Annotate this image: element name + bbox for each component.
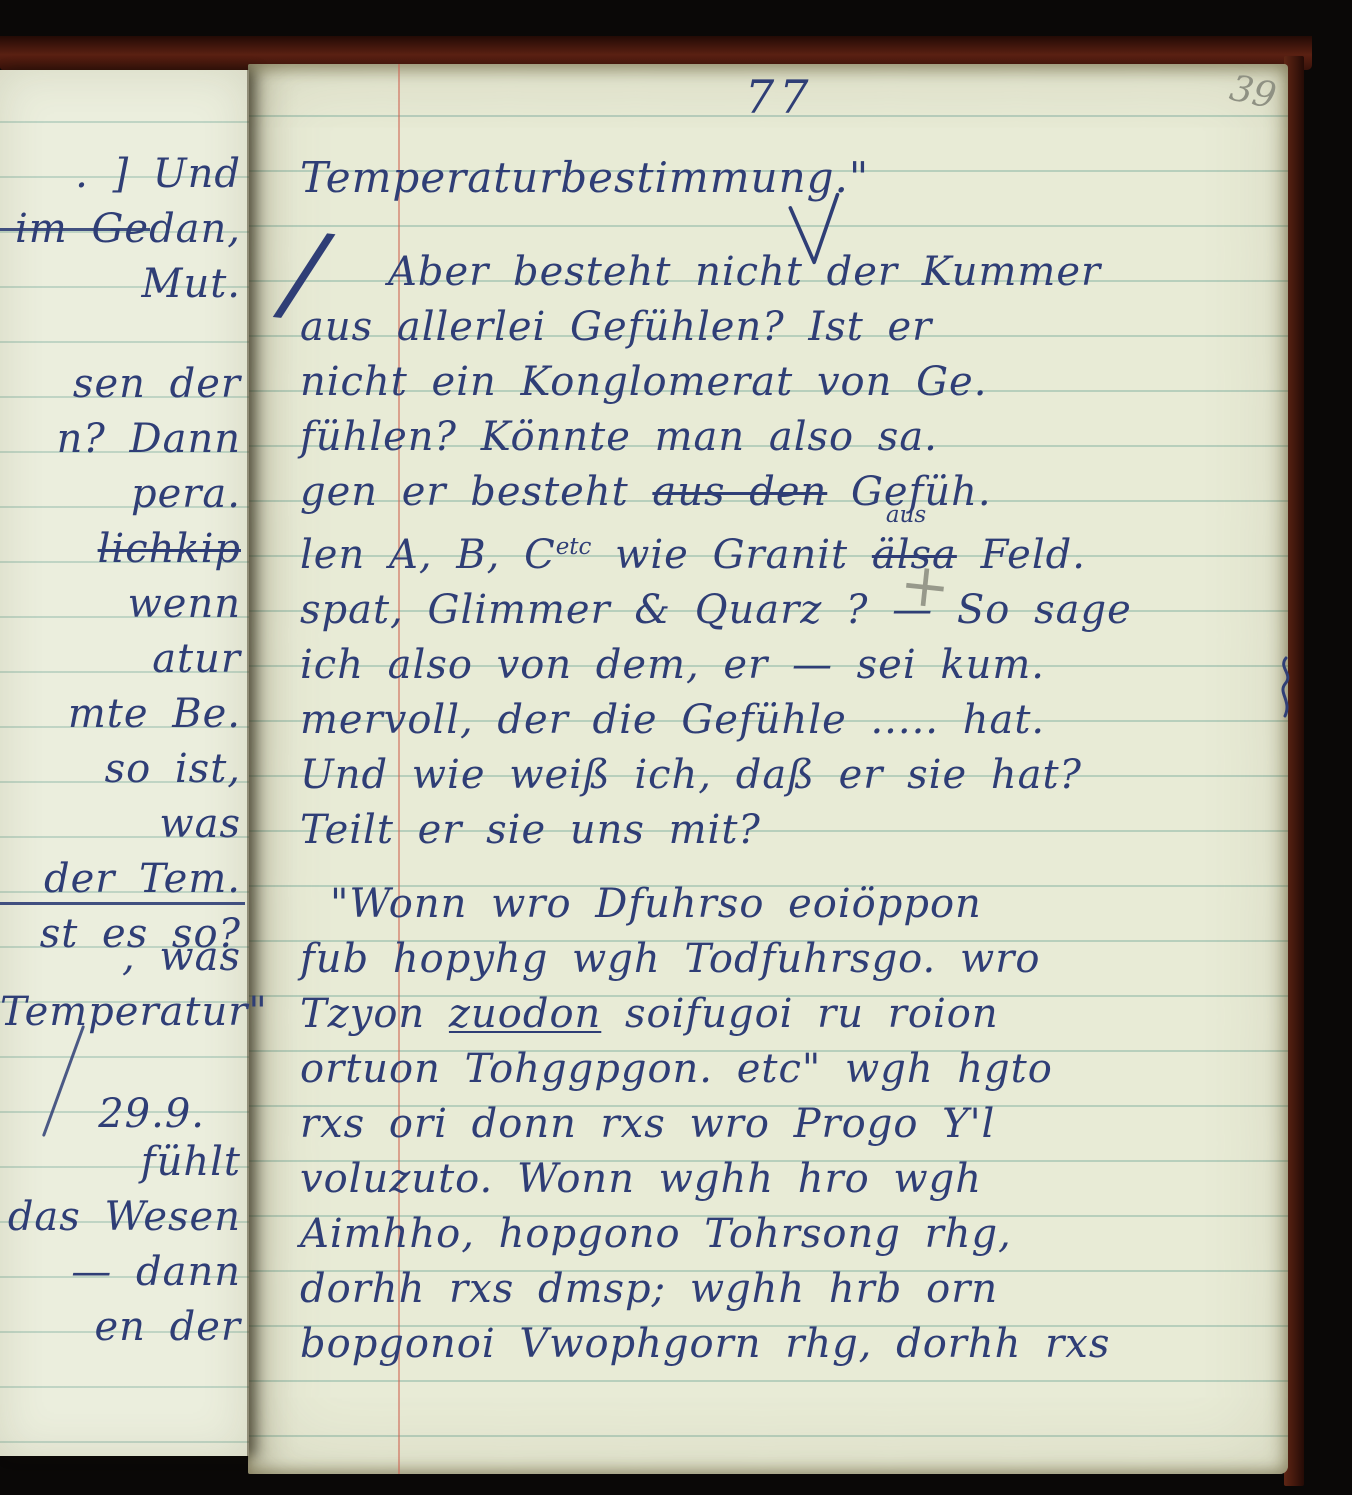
handwriting-line: rxs ori donn rxs wro Progo Y'l — [300, 1097, 1110, 1152]
handwriting-line: dorhh rxs dmsp; wghh hrb orn — [300, 1262, 1110, 1317]
handwriting-line: atur — [0, 632, 241, 687]
underlined-segment: zuodon — [449, 991, 601, 1037]
handwriting-line: was — [0, 797, 241, 852]
handwriting-line: fub hopyhg wgh Todfuhrsgo. wro — [300, 932, 1110, 987]
handwriting-line: im Gedan, — [0, 202, 241, 257]
handwriting-line: — dann — [0, 1245, 241, 1300]
handwriting-line: der Tem. — [0, 852, 241, 907]
line-segment: Feld. — [957, 532, 1086, 578]
line-segment: Tzyon — [300, 991, 449, 1037]
paragraph-german: Aber besteht nicht der Kummer aus allerl… — [300, 245, 1132, 858]
page-number: 77 — [745, 70, 814, 125]
handwriting-line: bopgonoi Vwophgorn rhg, dorhh rxs — [300, 1317, 1110, 1372]
handwriting-line: lichkip — [0, 522, 241, 577]
line-segment: wie Granit — [591, 532, 871, 578]
line-segment: gen er besteht — [300, 469, 652, 515]
handwriting-line: aus allerlei Gefühlen? Ist er — [300, 300, 1132, 355]
fragment-text-group: sen der n? Dann pera. lichkip wenn atur … — [0, 357, 241, 962]
handwriting-line: spat, Glimmer & Quarz ? — So sage — [300, 583, 1132, 638]
handwriting-line: en der — [0, 1300, 241, 1355]
handwriting-line: Tzyon zuodon soifugoi ru roion — [300, 987, 1110, 1042]
struck-segment: aus den — [652, 469, 827, 515]
underlined-segment: der Tem. — [44, 852, 241, 907]
handwriting-line: das Wesen — [0, 1190, 241, 1245]
fragment-text-group: , was Temperatur" — [0, 930, 241, 1040]
handwriting-line: . ] Und — [0, 147, 241, 202]
handwriting-line: , was — [0, 930, 241, 985]
handwriting-line: voluzuto. Wonn wghh hro wgh — [300, 1152, 1110, 1207]
handwriting-line: mervoll, der die Gefühle ..... hat. — [300, 693, 1132, 748]
handwriting-line: wenn — [0, 577, 241, 632]
pencil-plus-mark: + — [897, 554, 953, 619]
line-segment: soifugoi ru roion — [601, 991, 998, 1037]
handwriting-title-line: Temperaturbestimmung." — [300, 150, 869, 205]
margin-ink-mark — [1276, 656, 1296, 720]
superscript-etc: etc — [556, 534, 592, 560]
handwriting-line: pera. — [0, 467, 241, 522]
date-line: 29.9. — [0, 1087, 241, 1142]
paragraph-coded: "Wonn wro Dfuhrso eoiöppon fub hopyhg wg… — [300, 877, 1110, 1372]
handwriting-line: sen der — [0, 357, 241, 412]
handwriting-line: Temperatur" — [0, 985, 241, 1040]
handwriting-line: ortuon Tohggpgon. etc" wgh hgto — [300, 1042, 1110, 1097]
handwriting-line: n? Dann — [0, 412, 241, 467]
handwriting-line: mte Be. — [0, 687, 241, 742]
notebook-page: 77 39 Temperaturbestimmung." / Aber best… — [248, 64, 1288, 1474]
handwriting-line: so ist, — [0, 742, 241, 797]
struck-segment: lichkip — [98, 526, 241, 572]
handwriting-line: Aber besteht nicht der Kummer — [300, 245, 1132, 300]
handwriting-line: Aimhho, hopgono Tohrsong rhg, — [300, 1207, 1110, 1262]
handwriting-line: Und wie weiß ich, daß er sie hat? — [300, 748, 1132, 803]
handwriting-line: Mut. — [0, 257, 241, 312]
handwriting-line: nicht ein Konglomerat von Ge. — [300, 355, 1132, 410]
fragment-text-group: fühlt das Wesen — dann en der — [0, 1135, 241, 1355]
handwriting-line: Teilt er sie uns mit? — [300, 803, 1132, 858]
previous-page-edge: . ] Und im Gedan, Mut. sen der n? Dann p… — [0, 70, 249, 1456]
handwriting-line: ich also von dem, er — sei kum. — [300, 638, 1132, 693]
line-segment: len A, B, C — [300, 532, 556, 578]
handwriting-line: fühlen? Könnte man also sa. — [300, 410, 1132, 465]
superscript-insertion: aus — [886, 504, 926, 527]
handwriting-line: fühlt — [0, 1135, 241, 1190]
handwriting-line: "Wonn wro Dfuhrso eoiöppon — [300, 877, 1110, 932]
pencil-folio-number: 39 — [1226, 68, 1279, 118]
fragment-text-group: . ] Und im Gedan, Mut. — [0, 147, 241, 312]
handwriting-line: len A, B, Cetc wie Granit ausälsa Feld. — [300, 520, 1132, 583]
handwriting-line: gen er besteht aus den Gefüh. — [300, 465, 1132, 520]
